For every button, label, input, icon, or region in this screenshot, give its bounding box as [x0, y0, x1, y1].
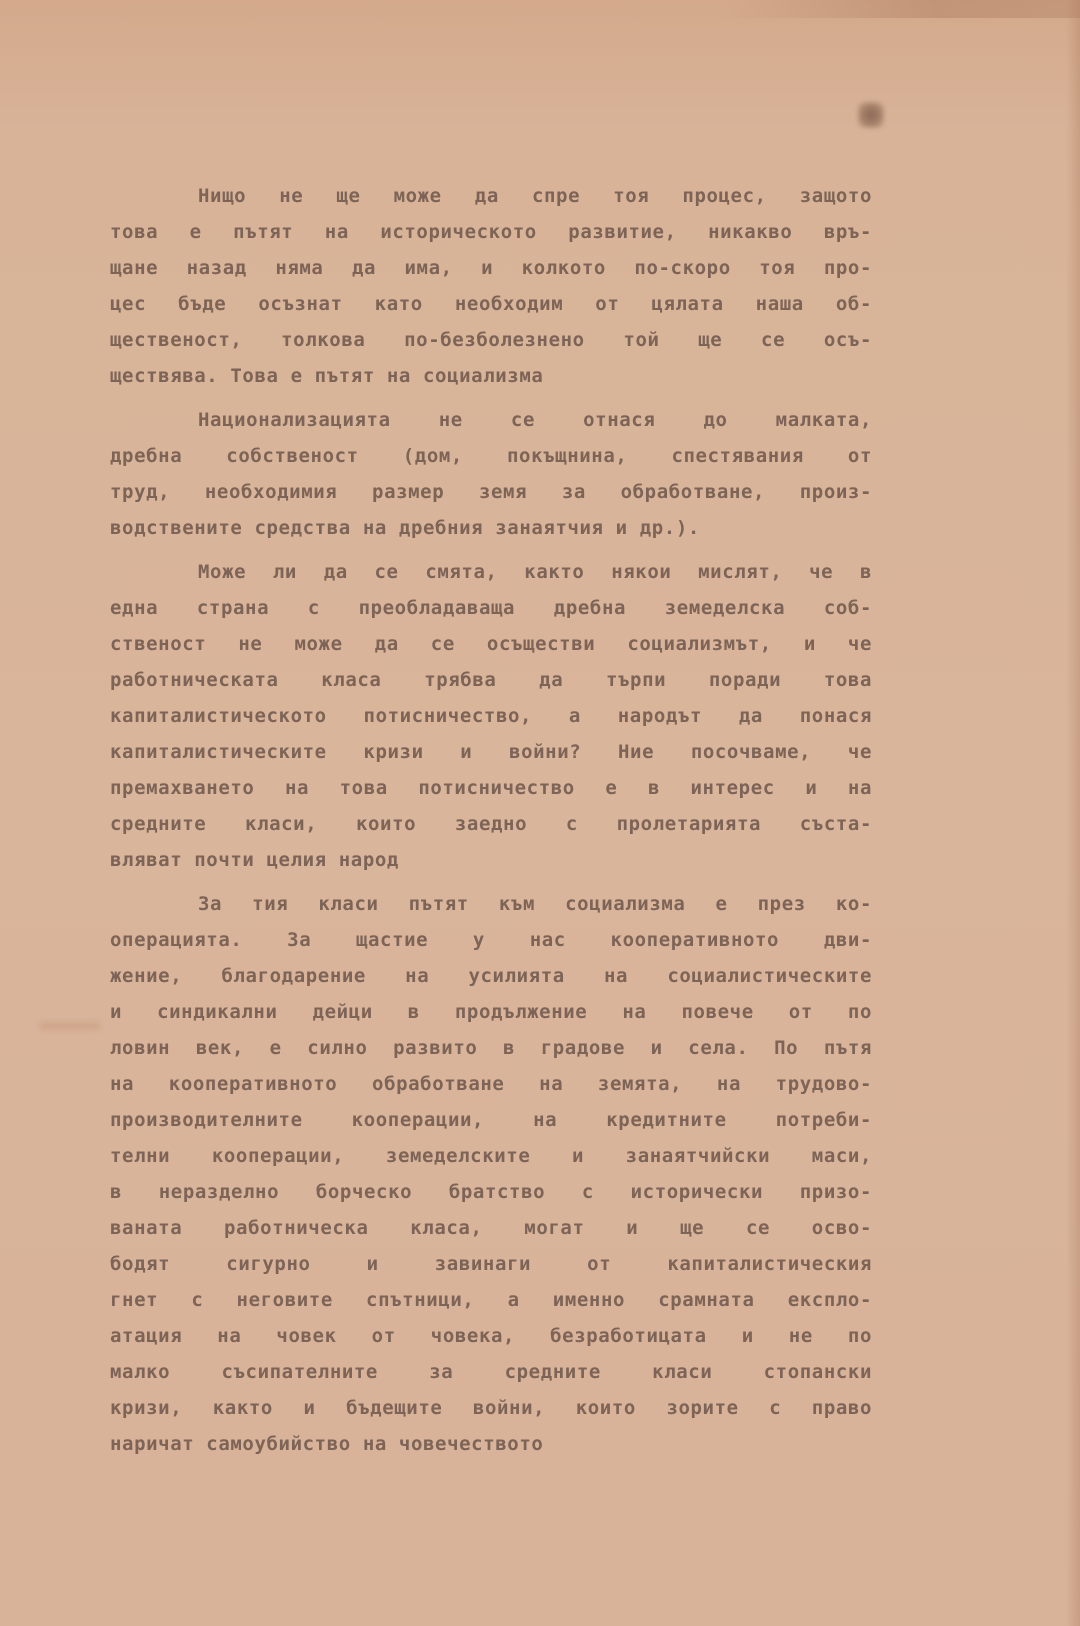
paragraph-1: Нищо не ще може да спре тоя процес, защо… — [110, 178, 872, 394]
text-line: операцията. За щастие у нас кооперативно… — [110, 922, 872, 958]
text-line: бодят сигурно и завинаги от капиталистич… — [110, 1246, 872, 1282]
text-line: премахването на това потисничество е в и… — [110, 770, 872, 806]
document-body: Нищо не ще може да спре тоя процес, защо… — [110, 178, 872, 1470]
text-line: една страна с преобладаваща дребна земед… — [110, 590, 872, 626]
text-line: труд, необходимия размер земя за обработ… — [110, 474, 872, 510]
text-line: дребна собственост (дом, покъщнина, спес… — [110, 438, 872, 474]
paragraph-3: Може ли да се смята, както някои мислят,… — [110, 554, 872, 878]
text-line: телни кооперации, земеделските и занаятч… — [110, 1138, 872, 1174]
text-line: наричат самоубийство на човечеството — [110, 1426, 872, 1462]
text-line: ственост не може да се осъществи социали… — [110, 626, 872, 662]
text-line: Национализацията не се отнася до малката… — [110, 402, 872, 438]
text-line: щественост, толкова по-безболезнено той … — [110, 322, 872, 358]
text-line: и синдикални дейци в продължение на пове… — [110, 994, 872, 1030]
text-line: ваната работническа класа, могат и ще се… — [110, 1210, 872, 1246]
paragraph-2: Национализацията не се отнася до малката… — [110, 402, 872, 546]
text-line: вляват почти целия народ — [110, 842, 872, 878]
page-number-mark — [858, 102, 884, 128]
text-line: това е пътят на историческото развитие, … — [110, 214, 872, 250]
text-line: цес бъде осъзнат като необходим от цялат… — [110, 286, 872, 322]
text-line: гнет с неговите спътници, а именно срамн… — [110, 1282, 872, 1318]
paper-smudge — [40, 1022, 100, 1030]
text-line: жение, благодарение на усилията на социа… — [110, 958, 872, 994]
text-line: ловин век, е силно развито в градове и с… — [110, 1030, 872, 1066]
text-line: работническата класа трябва да търпи пор… — [110, 662, 872, 698]
paragraph-4: За тия класи пътят към социализма е през… — [110, 886, 872, 1462]
page-right-edge-shadow — [1066, 0, 1080, 1626]
text-line: производителните кооперации, на кредитни… — [110, 1102, 872, 1138]
text-line: Може ли да се смята, както някои мислят,… — [110, 554, 872, 590]
text-line: Нищо не ще може да спре тоя процес, защо… — [110, 178, 872, 214]
text-line: в неразделно борческо братство с историч… — [110, 1174, 872, 1210]
text-line: средните класи, които заедно с пролетари… — [110, 806, 872, 842]
page-top-shadow — [720, 0, 1080, 18]
text-line: ществява. Това е пътят на социализма — [110, 358, 872, 394]
text-line: За тия класи пътят към социализма е през… — [110, 886, 872, 922]
text-line: щане назад няма да има, и колкото по-ско… — [110, 250, 872, 286]
text-line: кризи, както и бъдещите войни, които зор… — [110, 1390, 872, 1426]
text-line: капиталистическите кризи и войни? Ние по… — [110, 734, 872, 770]
text-line: малко съсипателните за средните класи ст… — [110, 1354, 872, 1390]
text-line: водствените средства на дребния занаятчи… — [110, 510, 872, 546]
text-line: на кооперативното обработване на земята,… — [110, 1066, 872, 1102]
text-line: капиталистическото потисничество, а наро… — [110, 698, 872, 734]
text-line: атация на човек от човека, безработицата… — [110, 1318, 872, 1354]
